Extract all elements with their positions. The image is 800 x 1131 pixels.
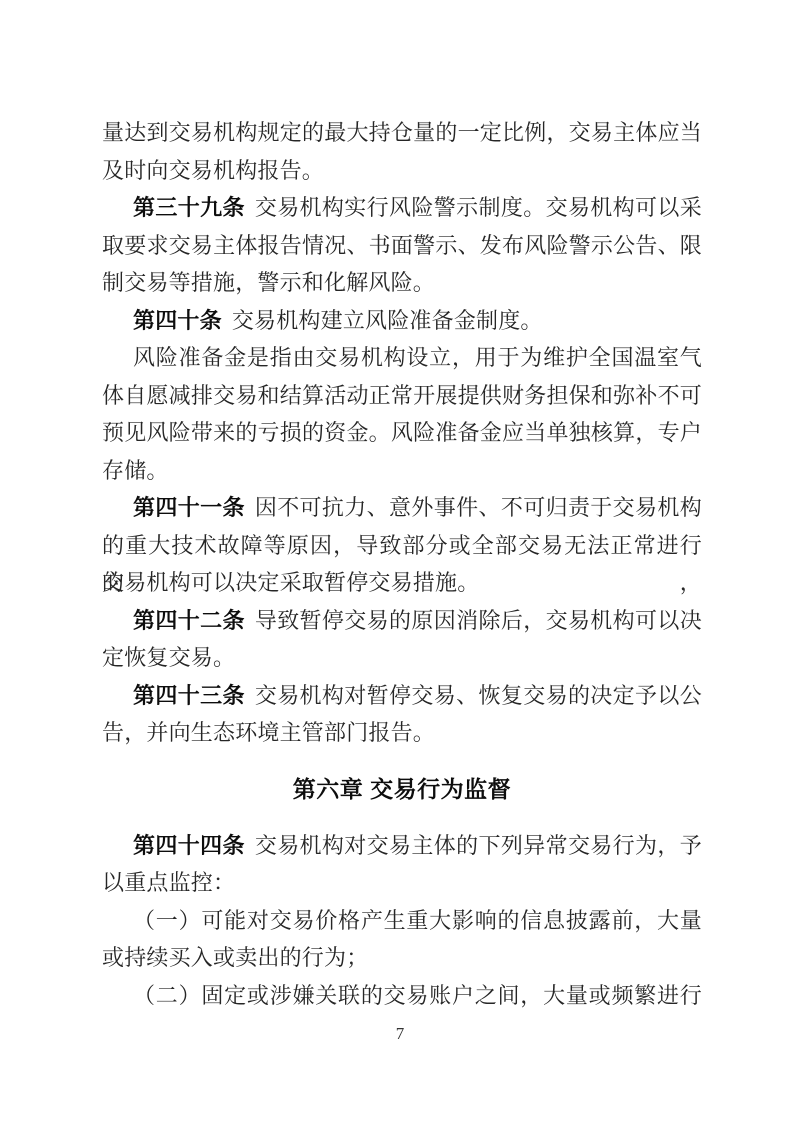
text-line: 的重大技术故障等原因，导致部分或全部交易无法正常进行的， [102, 527, 702, 565]
text-line: 告，并向生态环境主管部门报告。 [102, 714, 702, 752]
text-line: 第三十九条交易机构实行风险警示制度。交易机构可以采 [102, 189, 702, 227]
chapter-heading: 第六章 交易行为监督 [102, 752, 702, 827]
text-line: 第四十二条导致暂停交易的原因消除后，交易机构可以决 [102, 602, 702, 640]
document-body: 量达到交易机构规定的最大持仓量的一定比例，交易主体应当及时向交易机构报告。第三十… [102, 114, 702, 1014]
article-number: 第四十一条 [133, 495, 245, 520]
article-number: 第四十三条 [133, 683, 245, 708]
text-line: 第四十条交易机构建立风险准备金制度。 [102, 302, 702, 340]
document-page: 量达到交易机构规定的最大持仓量的一定比例，交易主体应当及时向交易机构报告。第三十… [0, 0, 800, 1131]
text-line: 风险准备金是指由交易机构设立，用于为维护全国温室气 [102, 339, 702, 377]
text-line: 及时向交易机构报告。 [102, 152, 702, 190]
text-line: 第四十四条交易机构对交易主体的下列异常交易行为，予 [102, 827, 702, 865]
text-line: 取要求交易主体报告情况、书面警示、发布风险警示公告、限 [102, 227, 702, 265]
text-line: 预见风险带来的亏损的资金。风险准备金应当单独核算，专户 [102, 414, 702, 452]
page-number: 7 [0, 1024, 800, 1044]
text-line: 制交易等措施，警示和化解风险。 [102, 264, 702, 302]
text-line: （一）可能对交易价格产生重大影响的信息披露前，大量 [102, 902, 702, 940]
article-number: 第四十条 [133, 308, 222, 333]
text-line: 以重点监控： [102, 864, 702, 902]
text-line: 或持续买入或卖出的行为； [102, 939, 702, 977]
text-line: （二）固定或涉嫌关联的交易账户之间，大量或频繁进行 [102, 977, 702, 1015]
article-number: 第四十二条 [133, 608, 245, 633]
text-line: 存储。 [102, 452, 702, 490]
text-line: 第四十三条交易机构对暂停交易、恢复交易的决定予以公 [102, 677, 702, 715]
text-line: 第四十一条因不可抗力、意外事件、不可归责于交易机构 [102, 489, 702, 527]
article-number: 第三十九条 [133, 195, 245, 220]
article-number: 第四十四条 [133, 833, 245, 858]
text-line: 定恢复交易。 [102, 639, 702, 677]
text-line: 量达到交易机构规定的最大持仓量的一定比例，交易主体应当 [102, 114, 702, 152]
text-line: 体自愿减排交易和结算活动正常开展提供财务担保和弥补不可 [102, 377, 702, 415]
